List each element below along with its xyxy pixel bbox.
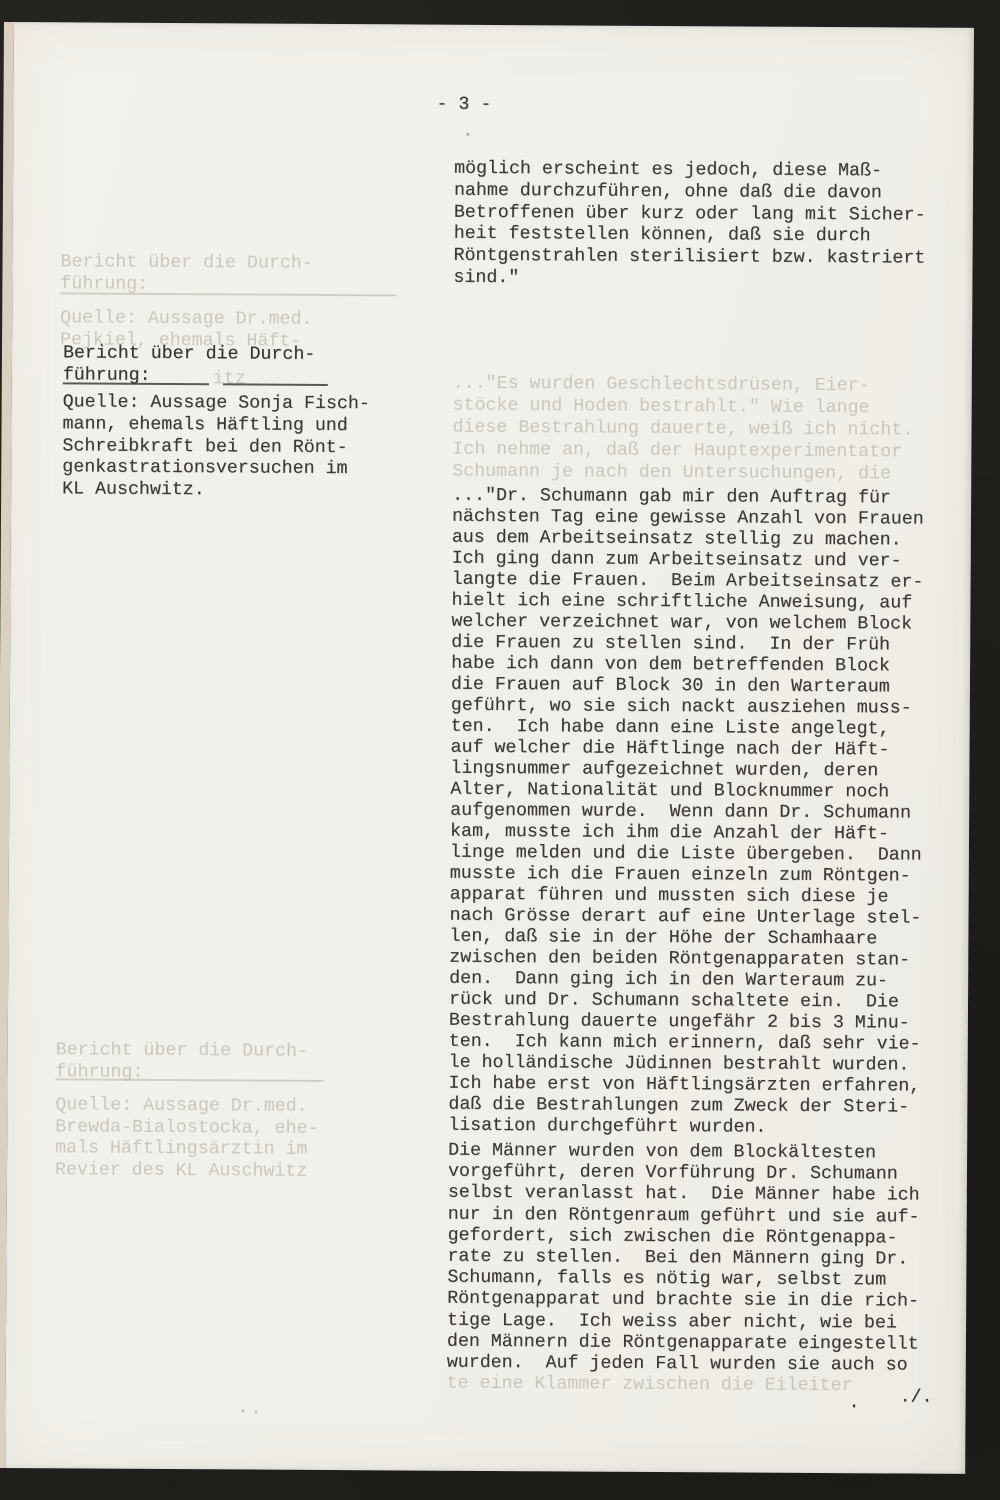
end-dot: . [849, 1393, 860, 1414]
page-number: - 3 - [436, 95, 491, 117]
ink-speck [242, 1409, 245, 1412]
testimony-paragraph-2: Die Männer wurden von dem Blockältesten … [447, 1141, 920, 1377]
margin-source: Quelle: Aussage Sonja Fisch- mann, ehema… [62, 392, 370, 503]
ink-speck [255, 1411, 258, 1414]
ghost-testimony-block: ..."Es wurden Geschlechtsdrüsen, Eier- s… [452, 373, 913, 486]
testimony-paragraph-1: ..."Dr. Schumann gab mir den Auftrag für… [448, 486, 924, 1140]
ink-speck [557, 581, 560, 584]
ghost-margin-heading-top: Bericht über die Durch- führung: [60, 252, 313, 297]
ghost-fragment-bottom: te eine Klammer zwischen die Eileiter [447, 1374, 853, 1397]
continuation-mark: ./. [900, 1387, 933, 1408]
ghost-margin-source-bottom: Quelle: Aussage Dr.med. Brewda-Bialostoc… [55, 1095, 319, 1183]
ink-speck [466, 133, 469, 136]
document-page: - 3 - Bericht über die Durch- führung: Q… [0, 22, 974, 1474]
intro-quote: möglich erscheint es jedoch, diese Maß- … [453, 159, 926, 293]
